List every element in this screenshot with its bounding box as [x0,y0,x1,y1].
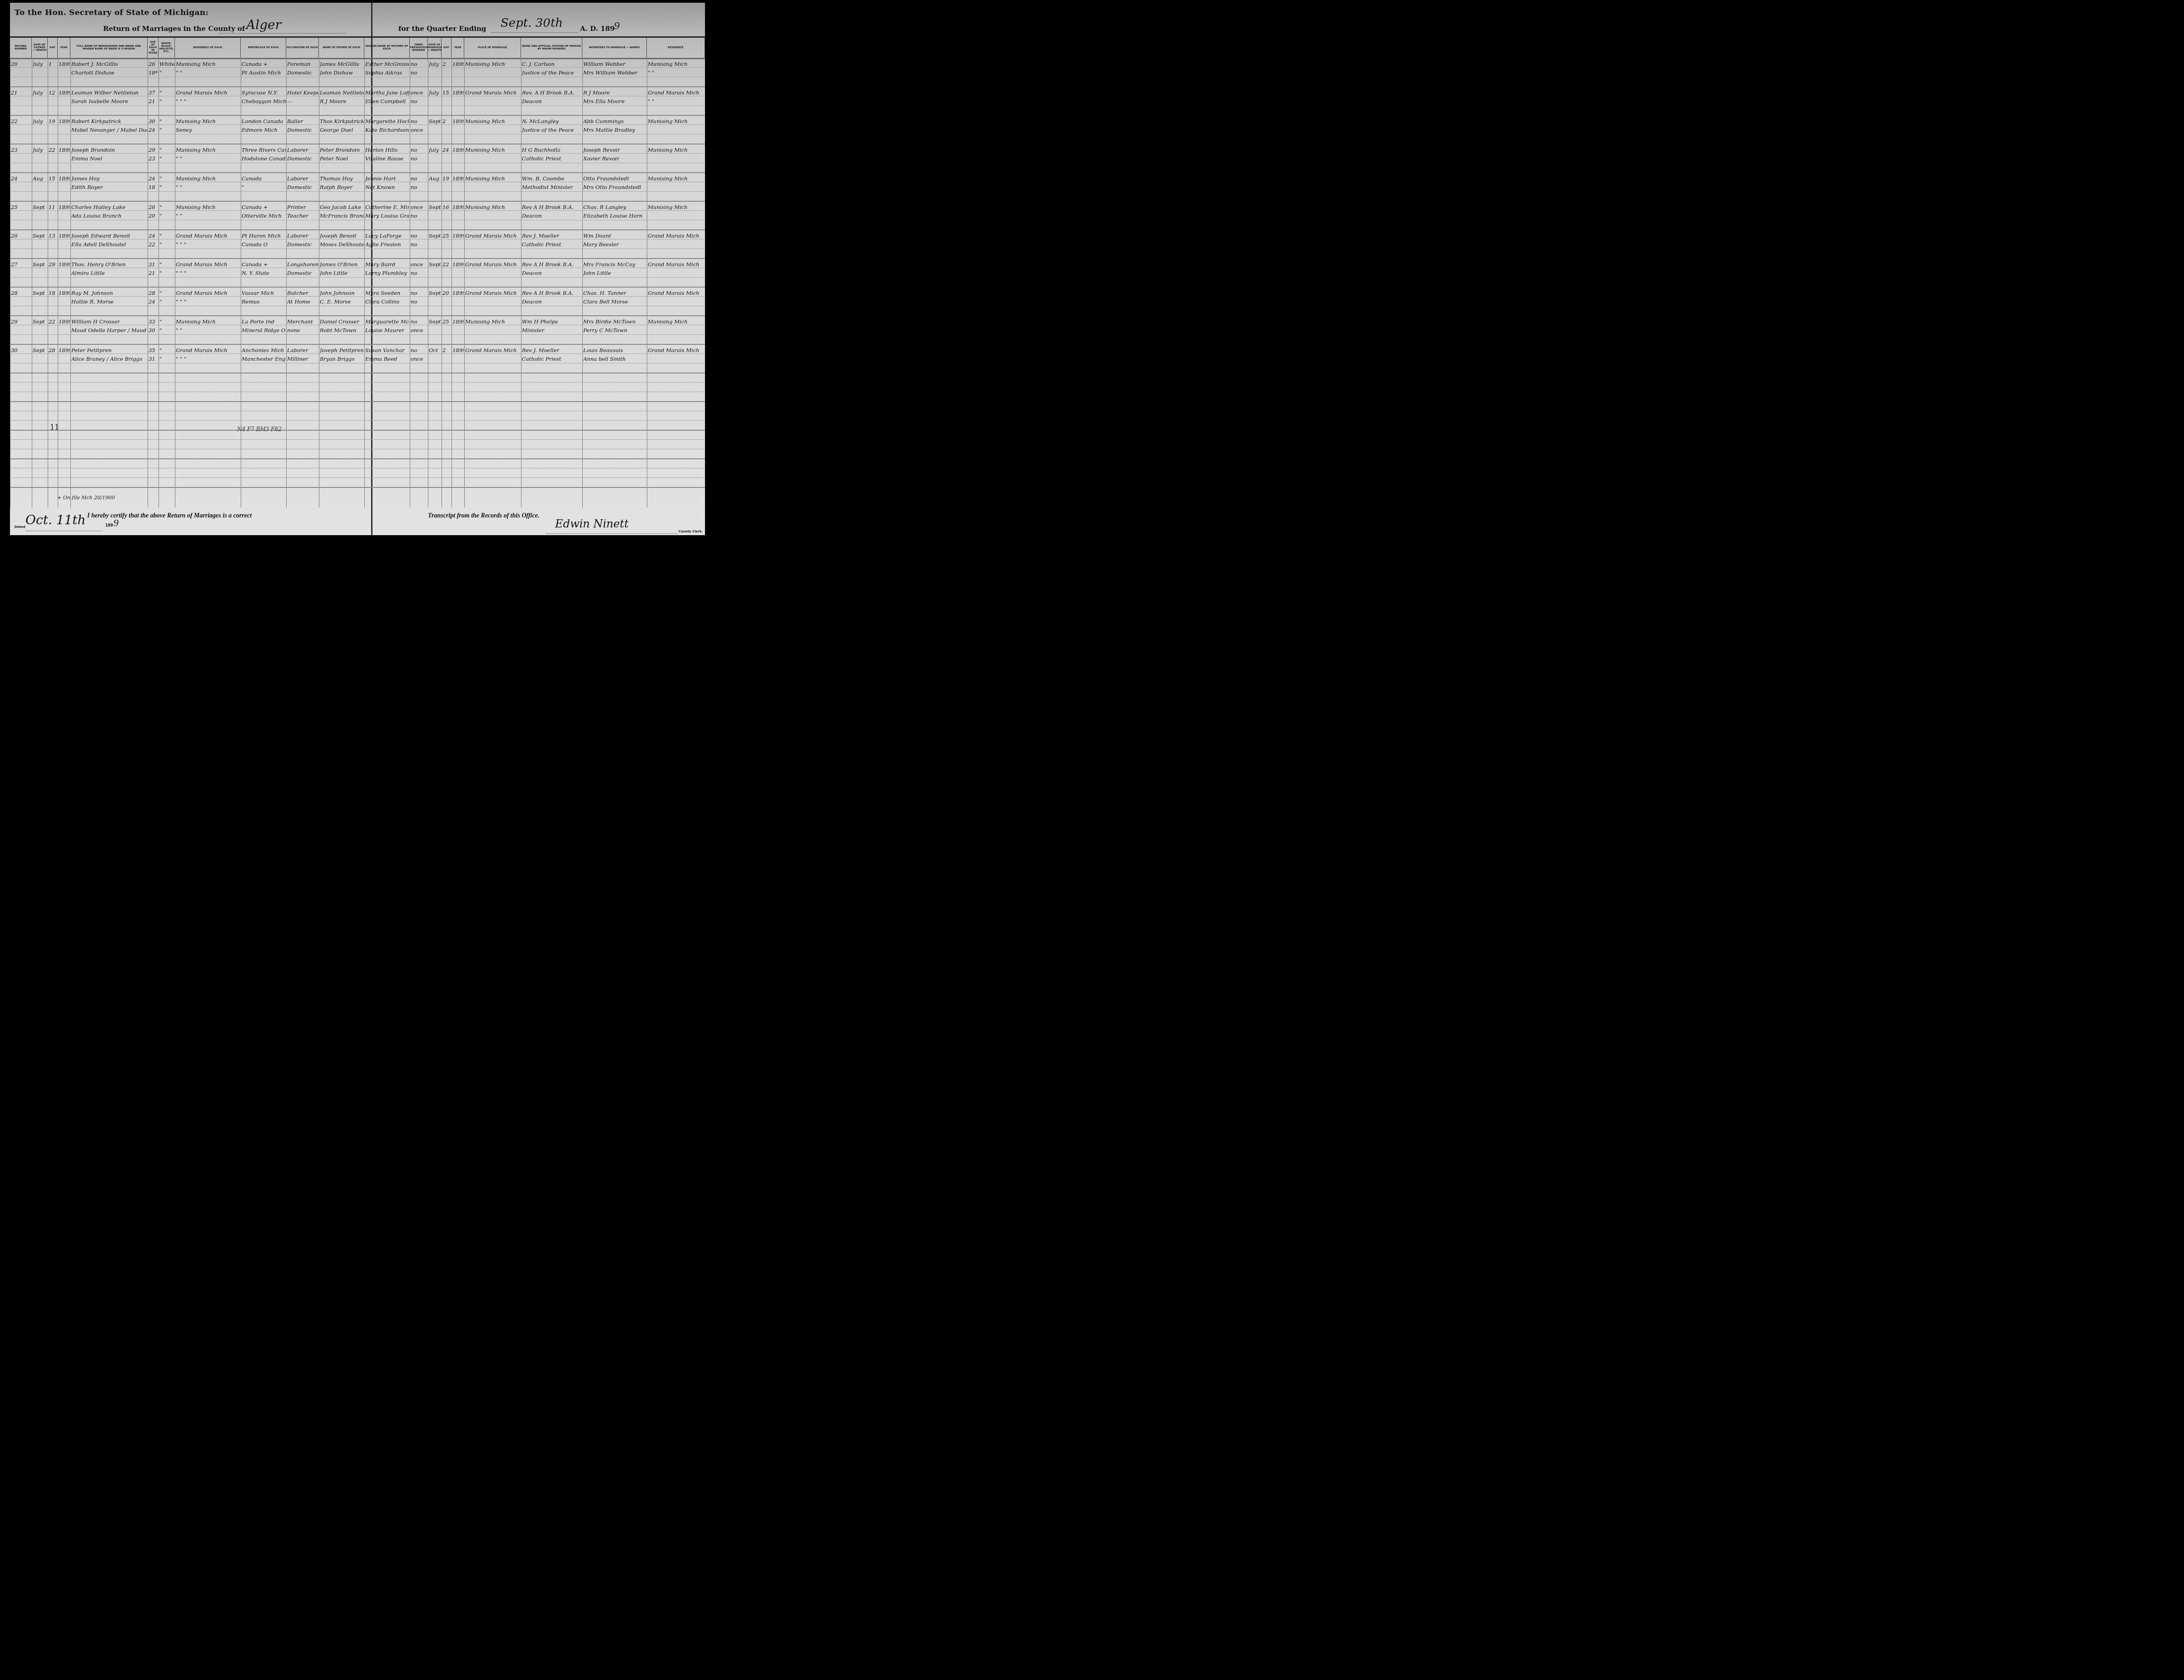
filed-note: + On file Mch 20/1900 [57,495,115,501]
license-day: 18 [49,289,57,297]
dated-label: Dated [15,525,25,529]
times-married: once [411,327,427,334]
times-married: no [411,212,427,220]
father-name: Leaman Nettleton [320,89,364,97]
row-rule [10,477,705,478]
table-row: 20July11899Robert J. McGillisCharlott Di… [10,58,705,86]
father-name: Daniel Crosser [320,318,364,326]
birthplace: Syracuse N.Y. [242,89,286,97]
witnesses: Mrs Mattie Bradley [583,126,646,134]
father-name: R J Moore [320,98,364,105]
column-header: Birthplace of Each [241,38,286,58]
license-day: 11 [49,204,57,211]
times-married: no [411,98,427,105]
witnesses: Mrs Otto Fraundstedt [583,184,646,191]
residence: Munising Mich [176,318,240,326]
officiant: N. McLangley [522,118,582,125]
row-rule [10,468,705,468]
father-name: John Dishaw [320,69,364,77]
party-names: Leaman Wilber Nettleton [71,89,147,97]
times-married: no [411,241,427,249]
residence: " " [176,327,240,334]
officiant: Methodist Minister [522,184,582,191]
license-month: Sept [33,347,47,354]
record-number: 28 [11,289,31,297]
quarter-label: for the Quarter Ending [398,25,486,33]
times-married: no [411,232,427,240]
officiant: Wm H Phelps [522,318,582,326]
witnesses: Chas. R Langley [583,204,646,211]
party-names: Alice Braney / Alice Briggs [71,355,147,363]
ages: 37 [149,89,158,97]
witnesses: Mrs Ella Moore [583,98,646,105]
occupation: Domestic [287,184,318,191]
residence: Grand Marais Mich [176,347,240,354]
race: " [159,318,174,326]
marriage-day: 25 [442,318,451,326]
witnesses: Abb Cummings [583,118,646,125]
license-day: 22 [49,318,57,326]
race: " [159,126,174,134]
table-row: 28Sept181899Ray M. JohnsonHattie R. Mors… [10,287,705,315]
residence: " " " [176,269,240,277]
times-married: once [411,355,427,363]
witness-residence: " " [648,69,705,77]
record-number: 27 [11,261,31,268]
race: " [159,232,174,240]
ages: 26 [149,204,158,211]
race: " [159,184,174,191]
witnesses: Anna bell Smith [583,355,646,363]
occupation: Merchant [287,318,318,326]
race: " [159,155,174,163]
witness-residence: Munising Mich [648,204,705,211]
column-header: Maiden Name of Mother of Each [364,38,410,58]
party-names: Emma Noel [71,155,147,163]
mother-maiden-name: Harlan Hills [365,146,409,154]
mother-maiden-name: Catherine E. Minor [365,204,409,211]
father-name: Moses DeShoutel [320,241,364,249]
witness-residence: " " [648,98,705,105]
witness-residence: Grand Marais Mich [648,232,705,240]
birthplace: Pt Huron Mich [242,232,286,240]
residence: Grand Marais Mich [176,89,240,97]
times-married: no [411,347,427,354]
license-month: Sept [33,232,47,240]
license-day: 22 [49,146,57,154]
birthplace: Pt Austin Mich [242,69,286,77]
row-rule [10,449,705,449]
birthplace: Mineral Ridge Ohio [242,327,286,334]
ages: 26 [149,60,158,68]
column-header-row: Record NumberDate of License — MonthDayY… [10,36,705,59]
ages: 18* [149,69,158,77]
witnesses: Joseph Revoir [583,146,646,154]
row-rule [10,487,705,488]
table-row: 23July221899Joseph BrandoinEmma Noel2923… [10,144,705,172]
mother-maiden-name: Mary Baird [365,261,409,268]
table-row: 27Sept291899Thos. Henry O'BrienAlmira Li… [10,258,705,286]
witness-residence: Grand Marais Mich [648,261,705,268]
residence: " " " [176,98,240,105]
ages: 23 [149,155,158,163]
license-year: 1899 [59,118,70,125]
marriage-day: 24 [442,146,451,154]
officiant: Deacon [522,269,582,277]
license-month: July [33,60,47,68]
occupation: none [287,327,318,334]
occupation: Longshoreman [287,261,318,268]
column-header: Times Previously Married [410,38,428,58]
record-number: 30 [11,347,31,354]
column-header: Residence [647,38,705,58]
license-month: Aug [33,175,47,183]
license-year: 1899 [59,60,70,68]
officiant: C. J. Carlson [522,60,582,68]
ages: 24 [149,298,158,306]
mother-maiden-name: Lucy LaForge [365,232,409,240]
race: " [159,146,174,154]
mother-maiden-name: Myra Seeden [365,289,409,297]
row-rule [10,382,705,383]
ages: 24 [149,232,158,240]
occupation: Teacher [287,212,318,220]
record-number: 25 [11,204,31,211]
birthplace: Manchester Eng. [242,355,286,363]
times-married: no [411,175,427,183]
witnesses: R J Moore [583,89,646,97]
mother-maiden-name: Susan Vanchar [365,347,409,354]
mother-maiden-name: Not Known [365,184,409,191]
marriage-month: Sept [429,318,441,326]
mother-maiden-name: Lorny Plumbley [365,269,409,277]
party-names: Thos. Henry O'Brien [71,261,147,268]
officiant: Minister [522,327,582,334]
scan-border [0,535,712,548]
column-header: Record Number [10,38,32,58]
marriage-month: July [429,146,441,154]
marriage-day: 2 [442,118,451,125]
marriage-place: Munising Mich [465,146,521,154]
column-header: Year [58,38,70,58]
race: " [159,204,174,211]
row-rule [10,439,705,440]
license-year: 1899 [59,261,70,268]
witnesses: Mrs Francis McCoy [583,261,646,268]
ages: 33 [149,318,158,326]
father-name: John Johnson [320,289,364,297]
marriage-place: Munising Mich [465,318,521,326]
party-names: Charles Hatley Lake [71,204,147,211]
marriage-month: Sept [429,289,441,297]
times-married: no [411,298,427,306]
birthplace: La Porte Ind [242,318,286,326]
column-header: Occupation of Each [286,38,319,58]
party-names: Ada Louisa Branch [71,212,147,220]
officiant: Catholic Priest [522,355,582,363]
birthplace: " [242,184,286,191]
ages: 29 [149,146,158,154]
record-number: 21 [11,89,31,97]
residence: " " [176,155,240,163]
father-name: Thomas Hoy [320,175,364,183]
father-name: Thos Kirkpatrick [320,118,364,125]
officiant: Rev A H Brook B.A. [522,261,582,268]
birthplace: London Canada [242,118,286,125]
race: " [159,289,174,297]
father-name: Bryan Briggs [320,355,364,363]
father-name: John Little [320,269,364,277]
occupation: Butcher [287,289,318,297]
marriage-place: Grand Marais Mich [465,261,521,268]
mother-maiden-name: Jennie Hart [365,175,409,183]
marriage-place: Grand Marais Mich [465,347,521,354]
race: " [159,261,174,268]
party-names: Charlott Dishaw [71,69,147,77]
party-names: Robert Kirkpatrick [71,118,147,125]
marriage-month: Oct [429,347,441,354]
marriage-month: Aug [429,175,441,183]
marriage-place: Munising Mich [465,204,521,211]
table-row: 21July121899Leaman Wilber NettletonSarah… [10,86,705,114]
witness-residence: Grand Marais Mich [648,347,705,354]
occupation: At Home [287,298,318,306]
residence: Grand Marais Mich [176,289,240,297]
officiant: Wm. B. Coombe [522,175,582,183]
father-name: Peter Brandoin [320,146,364,154]
marriage-day: 15 [442,89,451,97]
race: " [159,327,174,334]
occupation: Domestic [287,269,318,277]
father-name: C. E. Morse [320,298,364,306]
times-married: no [411,69,427,77]
table-row: 26Sept131899Joseph Edward BenoitElla Ade… [10,229,705,258]
mother-maiden-name: Vitaline Rouse [365,155,409,163]
residence: " " " [176,298,240,306]
marriage-day: 2 [442,60,451,68]
party-names: Ray M. Johnson [71,289,147,297]
marriage-year: 1899 [452,289,464,297]
occupation: Domestic [287,241,318,249]
license-year: 1899 [59,232,70,240]
race: " [159,355,174,363]
officiant: Rev J. Moeller [522,232,582,240]
witnesses: Mrs William Webber [583,69,646,77]
column-header: Date of License — Month [32,38,48,58]
birthplace: Canada [242,175,286,183]
mother-maiden-name: Esther McGinnis [365,60,409,68]
row-rule [10,430,705,431]
license-day: 19 [49,118,57,125]
race: " [159,98,174,105]
residence: " " [176,184,240,191]
ages: 24 [149,126,158,134]
mother-maiden-name: Martha Jane Loff [365,89,409,97]
column-header: Day [48,38,58,58]
row-rule [10,401,705,402]
occupation: Foreman [287,60,318,68]
clerk-label: County Clerk. [679,530,703,533]
times-married: once [411,261,427,268]
times-married: once [411,89,427,97]
times-married: no [411,60,427,68]
ages: 21 [149,269,158,277]
license-year: 1899 [59,89,70,97]
row-rule [10,392,705,392]
witness-residence: Munising Mich [648,118,705,125]
marriage-month: Sept [429,118,441,125]
residence: Munising Mich [176,204,240,211]
marriage-place: Grand Marais Mich [465,89,521,97]
witnesses: Otto Fraundstedt [583,175,646,183]
column-header: Witnesses to Marriage — Names [582,38,647,58]
party-names: Edith Boyer [71,184,147,191]
father-name: James McGillis [320,60,364,68]
race: " [159,241,174,249]
license-day: 1 [49,60,57,68]
officiant: Rev. A H Brook B.A. [522,89,582,97]
witnesses: Mrs Birdie McTown [583,318,646,326]
row-rule [10,458,705,459]
residence: Munising Mich [176,60,240,68]
times-married: once [411,126,427,134]
marriage-place: Grand Marais Mich [465,289,521,297]
occupation: Domestic [287,155,318,163]
marriage-day: 20 [442,289,451,297]
row-rule [10,373,705,373]
residence: " " " [176,241,240,249]
race: " [159,69,174,77]
column-header: Place of Marriage [464,38,521,58]
witnesses: Xavier Revoir [583,155,646,163]
marriage-month: Sept [429,261,441,268]
license-day: 12 [49,89,57,97]
column-header: Full Name of Bridegroom and Bride and Ma… [70,38,148,58]
party-names: Sarah Isabelle Moore [71,98,147,105]
occupation: Laborer [287,146,318,154]
marriage-year: 1899 [452,204,464,211]
ages: 21 [149,98,158,105]
witnesses: Elizabeth Louise Horn [583,212,646,220]
mother-maiden-name: Aglie Frealon [365,241,409,249]
ad-label: A. D. 189 [580,25,615,33]
mother-maiden-name: Clara Collins [365,298,409,306]
license-year: 1899 [59,146,70,154]
record-number: 29 [11,318,31,326]
record-number: 26 [11,232,31,240]
occupation: Laborer [287,175,318,183]
residence: " " [176,212,240,220]
column-header: Date of Marriage — Month [428,38,442,58]
birthplace: Anchonies Mich [242,347,286,354]
residence: Grand Marais Mich [176,261,240,268]
officiant: Rev A H Brook B.A. [522,204,582,211]
officiant: Catholic Priest [522,155,582,163]
ages: 30 [149,118,158,125]
residence: Munising Mich [176,146,240,154]
birthplace: Canada O [242,241,286,249]
witnesses: Mary Beesler [583,241,646,249]
license-year: 1899 [59,204,70,211]
witnesses: Louis Beauvais [583,347,646,354]
residence: Munising Mich [176,118,240,125]
occupation: Laborer [287,232,318,240]
witness-residence: Munising Mich [648,146,705,154]
party-names: Ella Adell DeShoutel [71,241,147,249]
license-month: Sept [33,318,47,326]
party-names: Almira Little [71,269,147,277]
occupation: Baller [287,118,318,125]
witnesses: John Little [583,269,646,277]
record-number: 23 [11,146,31,154]
residence: Seney [176,126,240,134]
record-number: 22 [11,118,31,125]
ages: 18 [149,184,158,191]
ages: 31 [149,355,158,363]
county-value: Alger [219,17,346,34]
party-names: Robert J. McGillis [71,60,147,68]
column-header: Residence of Each [175,38,241,58]
occupation: Milliner [287,355,318,363]
birthplace: Remus [242,298,286,306]
occupation: — [287,98,318,105]
marriage-month: July [429,89,441,97]
father-name: James O'Brien [320,261,364,268]
column-header: White, Black, Mulatto, Etc. [159,38,175,58]
officiant: Justice of the Peace [522,126,582,134]
marriage-day: 16 [442,204,451,211]
father-name: Peter Noel [320,155,364,163]
marriage-year: 1899 [452,146,464,154]
times-married: no [411,118,427,125]
mother-maiden-name: Ellen Campbell [365,98,409,105]
column-header: Year [452,38,464,58]
birthplace: Cheboygan Mich [242,98,286,105]
column-header: Name of Father of Each [319,38,364,58]
party-names: Joseph Brandoin [71,146,147,154]
count-mark: 11 [50,423,59,432]
marriage-year: 1899 [452,232,464,240]
party-names: William H Crosser [71,318,147,326]
father-name: Joseph Petitpren [320,347,364,354]
clerk-signature: Edwin Ninett [546,517,678,534]
birthplace: Canada + [242,261,286,268]
license-day: 13 [49,232,57,240]
marriage-place: Grand Marais Mich [465,232,521,240]
father-name: Robt McTown [320,327,364,334]
ages: 35 [149,347,158,354]
residence: " " [176,69,240,77]
marriage-month: Sept [429,232,441,240]
officiant: H G Buchholtz [522,146,582,154]
race: " [159,269,174,277]
race: White [159,60,174,68]
father-name: George Duel [320,126,364,134]
marriage-day: 19 [442,175,451,183]
times-married: no [411,184,427,191]
license-day: 29 [49,261,57,268]
certification-text: I hereby certify that the above Return o… [87,512,252,520]
officiant: Deacon [522,298,582,306]
party-names: Joseph Edward Benoit [71,232,147,240]
birthplace: Three Rivers Canada [242,146,286,154]
occupation: Hotel Keeper [287,89,318,97]
record-number: 24 [11,175,31,183]
column-header: Age of Each in Years [148,38,159,58]
license-year: 1899 [59,347,70,354]
father-name: Joseph Benoit [320,232,364,240]
times-married: once [411,204,427,211]
